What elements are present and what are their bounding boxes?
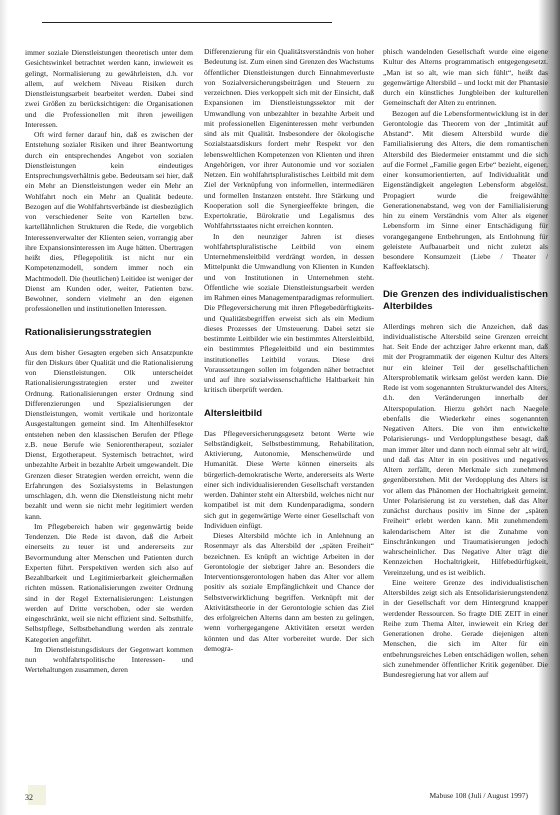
issue-info: Mabuse 108 (Juli / August 1997) bbox=[429, 791, 528, 800]
section-heading-altersleitbild: Altersleitbild bbox=[204, 408, 374, 420]
text-column-1: immer soziale Dienstleistungen theoretis… bbox=[25, 48, 193, 676]
text-column-2: Differenzierung für ein Qualitätsverstän… bbox=[204, 47, 374, 654]
paragraph: Allerdings mehren sich die Anzeichen, da… bbox=[383, 322, 548, 578]
paragraph: Bezogen auf die Lebensformentwicklung is… bbox=[383, 109, 548, 273]
paragraph: immer soziale Dienstleistungen theoretis… bbox=[25, 48, 193, 130]
paragraph: Im Pflegebereich haben wir gegenwärtig b… bbox=[25, 522, 193, 645]
section-heading-rationalisierung: Rationalisierungsstrategien bbox=[25, 327, 193, 339]
paragraph: Aus dem bisher Gesagten ergeben sich Ans… bbox=[25, 348, 193, 522]
scan-edge-left bbox=[0, 0, 8, 815]
paragraph: In den neunziger Jahren ist dieses wohlf… bbox=[204, 232, 374, 396]
paragraph: Differenzierung für ein Qualitätsverstän… bbox=[204, 47, 374, 232]
paragraph: Das Pflegeversicherungsgesetz betont Wer… bbox=[204, 429, 374, 532]
paragraph: Im Dienstleistungsdiskurs der Gegenwart … bbox=[25, 645, 193, 676]
section-heading-grenzen: Die Grenzen des individualistischen Alte… bbox=[383, 289, 548, 313]
paragraph: phisch wandelnden Gesellschaft wurde ein… bbox=[383, 47, 548, 109]
paragraph: Oft wird ferner darauf hin, daß es zwisc… bbox=[25, 130, 193, 315]
top-rule-divider bbox=[42, 22, 332, 23]
paragraph: Dieses Altersbild möchte ich in Anlehnun… bbox=[204, 531, 374, 654]
paragraph: Eine weitere Grenze des individualistisc… bbox=[383, 578, 548, 681]
text-column-3: phisch wandelnden Gesellschaft wurde ein… bbox=[383, 47, 548, 680]
page-number: 32 bbox=[25, 793, 33, 802]
